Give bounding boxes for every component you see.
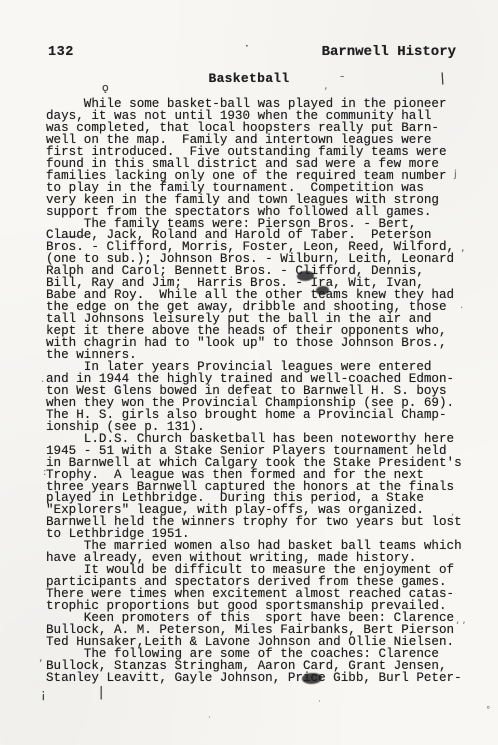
section-title: Basketball — [0, 71, 498, 86]
stray-mark: · — [41, 378, 44, 388]
stray-mark: ¡ — [41, 688, 46, 700]
body-text: While some basket-ball was played in the… — [46, 99, 462, 685]
stray-mark: · — [245, 40, 249, 52]
stray-mark: , — [39, 652, 43, 663]
stray-mark: · — [318, 698, 321, 707]
stray-mark: · — [208, 714, 211, 723]
page: 132 Barnwell History Basketball While so… — [0, 0, 498, 745]
page-number: 132 — [48, 45, 74, 60]
stray-mark: ˚ — [486, 708, 491, 717]
stray-mark: | — [99, 686, 103, 699]
running-title: Barnwell History — [322, 44, 456, 60]
